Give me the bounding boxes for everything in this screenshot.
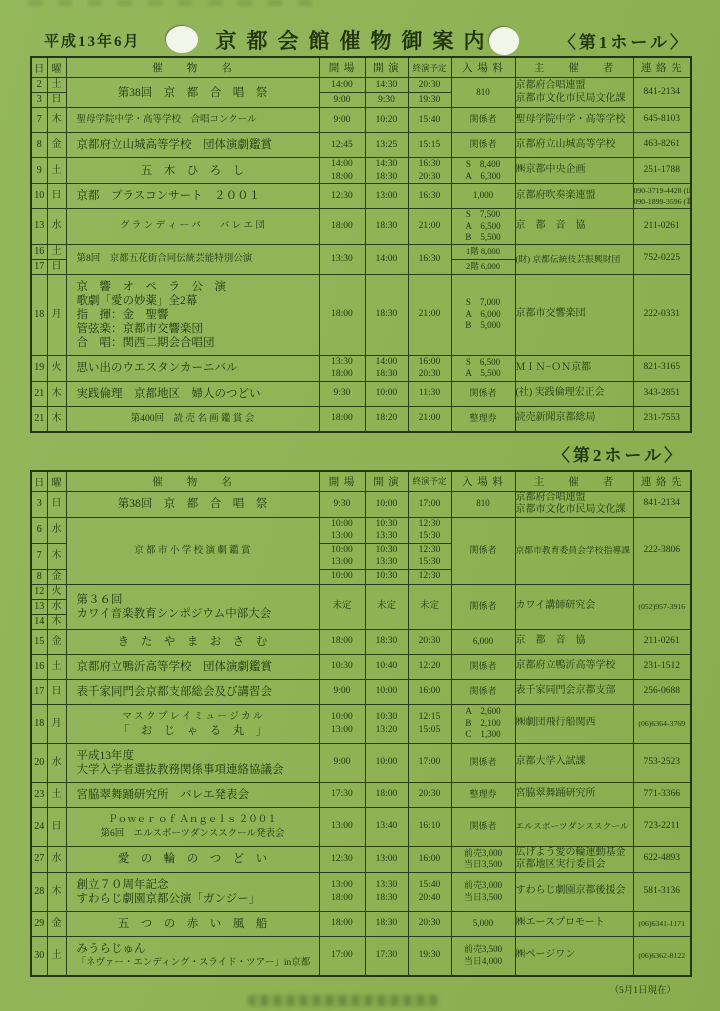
event-title-line: 指 揮：金 聖響 bbox=[77, 308, 317, 322]
day-number-cell: 18 bbox=[31, 274, 47, 355]
fee-cell: A 2,600B 2,100C 1,300 bbox=[451, 704, 515, 743]
fee-cell-line: 関係者 bbox=[452, 686, 515, 698]
fee-cell: 整理券 bbox=[451, 782, 515, 807]
open-time-cell: 18:00 bbox=[319, 629, 365, 654]
fee-cell: 810 bbox=[451, 491, 515, 517]
organizer-line: 京 都 音 協 bbox=[516, 635, 633, 648]
contact-cell: 645-8103 bbox=[633, 108, 691, 133]
event-title-line: 管弦楽：京都市交響楽団 bbox=[77, 322, 317, 336]
day-number-cell: 27 bbox=[31, 846, 47, 872]
contact-line: (052)957-3916 bbox=[634, 601, 691, 613]
fee-cell-line: B 5,500 bbox=[452, 232, 515, 244]
day-number-cell: 21 bbox=[31, 406, 47, 432]
weekday-cell: 水 bbox=[47, 846, 66, 872]
organizer-line: カワイ講師研究会 bbox=[516, 600, 633, 613]
event-title-cell: 京都府立山城高等学校 団体演劇鑑賞 bbox=[66, 133, 319, 158]
start-time-cell: 14:00 bbox=[365, 244, 408, 274]
organizer-cell: 読売新聞京都総局 bbox=[515, 406, 633, 432]
start-time-cell-line: 未定 bbox=[366, 600, 408, 613]
column-header-contact: 連 絡 先 bbox=[633, 57, 691, 78]
end-time-cell-line: 21:00 bbox=[409, 412, 451, 425]
event-title-line: 聖母学院中学・高等学校 合唱コンクール bbox=[77, 113, 317, 127]
day-number-cell: 7 bbox=[31, 543, 47, 569]
end-time-cell: 12:3015:30 bbox=[408, 517, 451, 543]
day-number-cell: 15 bbox=[31, 629, 47, 654]
end-time-cell-line: 12:30 bbox=[409, 570, 451, 583]
event-title-line: 京都 ブラスコンサート ２００１ bbox=[77, 189, 317, 203]
open-time-cell-line: 18:00 bbox=[320, 308, 365, 321]
end-time-cell: 17:00 bbox=[408, 743, 451, 782]
open-time-cell-line: 10:00 bbox=[320, 711, 365, 724]
open-time-cell-group: 13:30 bbox=[320, 251, 365, 268]
event-row: 8金京都府立山城高等学校 団体演劇鑑賞12:4513:2515:15関係者京都府… bbox=[31, 133, 691, 158]
open-time-cell: 9:30 bbox=[319, 381, 365, 406]
column-header-fee: 入 場 料 bbox=[451, 471, 515, 492]
fee-cell-line: B 2,100 bbox=[452, 718, 515, 730]
start-time-cell: 13:3018:30 bbox=[365, 872, 408, 911]
fee-cell: S 7,000A 6,000B 5,000 bbox=[451, 274, 515, 355]
organizer-cell: 宮脇翠舞踊研究所 bbox=[515, 782, 633, 807]
end-time-cell-line: 15:05 bbox=[409, 724, 451, 737]
contact-cell: 463-8261 bbox=[633, 133, 691, 158]
column-header-day: 日 bbox=[31, 471, 47, 492]
day-number-cell: 23 bbox=[31, 782, 47, 807]
weekday-cell: 火 bbox=[47, 355, 66, 381]
open-time-cell: 12:30 bbox=[319, 846, 365, 872]
end-time-cell: 15:4020:40 bbox=[408, 872, 451, 911]
tables-area: 日曜催 物 名開 場開 演終演予定入 場 料主 催 者連 絡 先2土第38回 京… bbox=[30, 56, 690, 996]
day-number-cell: 16 bbox=[31, 654, 47, 679]
event-title-line: 京都府立鴨沂高等学校 団体演劇鑑賞 bbox=[77, 660, 317, 674]
open-time-cell-line: 9:00 bbox=[320, 114, 365, 127]
contact-cell: 821-3165 bbox=[633, 355, 691, 381]
open-time-cell: 10:0013:00 bbox=[319, 704, 365, 743]
organizer-line: (社) 実践倫理宏正会 bbox=[516, 387, 633, 400]
event-row: 16土第8回 京都五花街合同伝統芸能特別公演13:3014:0016:301階 … bbox=[31, 244, 691, 259]
event-title-line: 第400回 読 売 名 画 鑑 賞 会 bbox=[69, 412, 317, 426]
day-number-cell: 14 bbox=[31, 614, 47, 629]
contact-line: (06)6362-8122 bbox=[634, 950, 691, 962]
organizer-cell: 京都府合唱連盟京都市文化市民局文化課 bbox=[515, 491, 633, 517]
fee-cell: 関係者 bbox=[451, 679, 515, 704]
event-title-cell: グ ラ ン デ ィ ー バ バ レ エ 団 bbox=[66, 209, 319, 245]
start-time-cell-line: 13:00 bbox=[366, 853, 408, 866]
weekday-cell: 土 bbox=[47, 244, 66, 259]
organizer-line: 広げよう愛の輪運動基金 bbox=[516, 847, 633, 860]
weekday-cell: 土 bbox=[47, 782, 66, 807]
open-time-cell-line: 12:30 bbox=[320, 853, 365, 866]
column-header-open: 開 場 bbox=[319, 57, 365, 78]
end-time-cell: 21:00 bbox=[408, 406, 451, 432]
event-row: 7木聖母学院中学・高等学校 合唱コンクール9:0010:2015:40関係者聖母… bbox=[31, 108, 691, 133]
fee-cell: 関係者 bbox=[451, 517, 515, 584]
events-table: 日曜催 物 名開 場開 演終演予定入 場 料主 催 者連 絡 先3日第38回 京… bbox=[30, 470, 692, 977]
organizer-line: ㈱劇団飛行船関西 bbox=[516, 717, 633, 730]
organizer-cell: 表千家同門会京都支部 bbox=[515, 679, 633, 704]
open-time-cell: 9:00 bbox=[319, 679, 365, 704]
start-time-cell: 18:30 bbox=[365, 911, 408, 936]
end-time-cell: 15:40 bbox=[408, 108, 451, 133]
end-time-cell: 16:00 bbox=[408, 679, 451, 704]
start-time-cell: 13:40 bbox=[365, 807, 408, 846]
open-time-cell-line: 13:00 bbox=[320, 820, 365, 833]
open-time-cell-line: 13:00 bbox=[320, 530, 365, 543]
organizer-cell: (財) 京都伝統伎芸振興財団 bbox=[515, 244, 633, 274]
fee-cell: 関係者 bbox=[451, 381, 515, 406]
organizer-cell: エルスポーツダンススクール bbox=[515, 807, 633, 846]
event-title-line: 第38回 京 都 合 唱 祭 bbox=[69, 497, 317, 511]
organizer-line: 京都市教育委員会学校指導課 bbox=[516, 544, 633, 557]
start-time-cell: 10:40 bbox=[365, 654, 408, 679]
contact-cell: 841-2134 bbox=[633, 491, 691, 517]
open-time-cell: 12:30 bbox=[319, 184, 365, 209]
weekday-cell: 日 bbox=[47, 679, 66, 704]
start-time-cell-line: 14:00 bbox=[366, 356, 408, 369]
start-time-cell-line: 13:40 bbox=[366, 820, 408, 833]
start-time-cell-line: 13:20 bbox=[366, 724, 408, 737]
contact-line: 752-0225 bbox=[634, 253, 691, 265]
organizer-line: 京都市文化市民局文化課 bbox=[516, 504, 633, 517]
open-time-cell: 17:00 bbox=[319, 936, 365, 976]
organizer-line: すわらじ劇園京都後援会 bbox=[516, 885, 633, 898]
column-header-day: 日 bbox=[31, 57, 47, 78]
fee-cell-line: 前売3,500 bbox=[452, 944, 515, 956]
open-time-cell-line: 10:30 bbox=[320, 660, 365, 673]
column-header-start: 開 演 bbox=[365, 471, 408, 492]
contact-line: 231-7553 bbox=[634, 413, 691, 425]
era-date: 平成13年6月 bbox=[30, 30, 200, 51]
event-title-line: Ｐｏｗｅｒ ｏｆ Ａｎｇｅｌｓ ２００１ bbox=[69, 813, 317, 827]
event-title-line: 歌劇「愛の妙薬」全2幕 bbox=[77, 294, 317, 308]
event-title-cell: 京 響 オ ペ ラ 公 演歌劇「愛の妙薬」全2幕指 揮：金 聖響管弦楽：京都市交… bbox=[66, 274, 319, 355]
organizer-line: 表千家同門会京都支部 bbox=[516, 685, 633, 698]
event-row: 23土宮脇翠舞踊研究所 バレエ発表会17:3018:0020:30整理券宮脇翠舞… bbox=[31, 782, 691, 807]
fee-cell-line: 整理券 bbox=[452, 789, 515, 801]
open-time-cell-line: 13:30 bbox=[320, 356, 365, 369]
fee-cell-line: 当日3,500 bbox=[452, 892, 515, 904]
fee-cell-line: 1階 8,000 bbox=[452, 246, 515, 258]
contact-cell: 723-2211 bbox=[633, 807, 691, 846]
fee-cell-line: 関係者 bbox=[452, 601, 515, 613]
start-time-cell-line: 18:30 bbox=[366, 171, 408, 184]
event-row: 29金五 つ の 赤 い 風 船18:0018:3020:305,000㈱エース… bbox=[31, 911, 691, 936]
contact-line: 821-3165 bbox=[634, 362, 691, 374]
open-time-cell-line: 9:30 bbox=[320, 387, 365, 400]
fee-cell-line: S 7,000 bbox=[452, 297, 515, 309]
event-row: 15金き た や ま お さ む18:0018:3020:306,000京 都 … bbox=[31, 629, 691, 654]
contact-cell: (06)6341-1171 bbox=[633, 911, 691, 936]
start-time-cell-line: 9:30 bbox=[366, 94, 408, 107]
event-title-line: みうらじゅん bbox=[77, 942, 317, 956]
organizer-cell: 京都府立山城高等学校 bbox=[515, 133, 633, 158]
event-title-cell: 京 都 市 小 学 校 演 劇 鑑 賞 bbox=[66, 517, 319, 584]
organizer-cell: 京 都 音 協 bbox=[515, 209, 633, 245]
open-time-cell-group: 未定 bbox=[320, 598, 365, 615]
end-time-cell-line: 15:40 bbox=[409, 879, 451, 892]
weekday-cell: 木 bbox=[47, 381, 66, 406]
contact-line: 222-0331 bbox=[634, 309, 691, 321]
open-time-cell: 9:30 bbox=[319, 491, 365, 517]
fee-cell-line: 関係者 bbox=[452, 114, 515, 126]
open-time-cell-line: 14:00 bbox=[320, 158, 365, 171]
event-title-cell: 第38回 京 都 合 唱 祭 bbox=[66, 491, 319, 517]
fee-cell: 関係者 bbox=[451, 108, 515, 133]
open-time-cell: 14:0018:00 bbox=[319, 158, 365, 184]
end-time-cell: 未定 bbox=[408, 584, 451, 629]
fee-cell: 整理券 bbox=[451, 406, 515, 432]
start-time-cell-line: 10:30 bbox=[366, 570, 408, 583]
start-time-cell-line: 10:00 bbox=[366, 498, 408, 511]
event-title-cell: 表千家同門会京都支部総会及び講習会 bbox=[66, 679, 319, 704]
end-time-cell: 11:30 bbox=[408, 381, 451, 406]
event-title-cell: 京都府立鴨沂高等学校 団体演劇鑑賞 bbox=[66, 654, 319, 679]
contact-cell: 231-1512 bbox=[633, 654, 691, 679]
contact-line: 841-2134 bbox=[634, 498, 691, 510]
weekday-cell: 金 bbox=[47, 133, 66, 158]
organizer-cell: カワイ講師研究会 bbox=[515, 584, 633, 629]
start-time-cell: 18:30 bbox=[365, 629, 408, 654]
weekday-cell: 土 bbox=[47, 158, 66, 184]
start-time-cell-line: 10:00 bbox=[366, 387, 408, 400]
fee-cell-line: 810 bbox=[452, 498, 515, 510]
event-title-line: 五 つ の 赤 い 風 船 bbox=[69, 917, 317, 931]
fee-cell-line: S 8,400 bbox=[452, 159, 515, 171]
end-time-cell-line: 20:30 bbox=[409, 635, 451, 648]
weekday-cell: 木 bbox=[47, 108, 66, 133]
column-header-open: 開 場 bbox=[319, 471, 365, 492]
contact-line: 753-2523 bbox=[634, 757, 691, 769]
weekday-cell: 木 bbox=[47, 872, 66, 911]
event-title-line: カワイ音楽教育シンポジウム中部大会 bbox=[77, 607, 317, 621]
open-time-cell-line: 10:00 bbox=[320, 544, 365, 557]
hall-1-label: 〈第1ホール〉 bbox=[510, 28, 690, 53]
event-title-line: 第8回 京都五花街合同伝統芸能特別公演 bbox=[77, 252, 317, 266]
open-time-cell-line: 9:00 bbox=[320, 685, 365, 698]
organizer-line: 京 都 音 協 bbox=[516, 220, 633, 233]
start-time-cell-line: 18:30 bbox=[366, 308, 408, 321]
end-time-cell-line: 20:30 bbox=[409, 788, 451, 801]
event-title-line: グ ラ ン デ ィ ー バ バ レ エ 団 bbox=[69, 219, 317, 233]
fee-cell-line: 関係者 bbox=[452, 139, 515, 151]
contact-line: 841-2134 bbox=[634, 87, 691, 99]
start-time-cell: 10:00 bbox=[365, 381, 408, 406]
start-time-cell-line: 10:40 bbox=[366, 660, 408, 673]
end-time-cell-line: 20:30 bbox=[409, 917, 451, 930]
event-row: 28木創立７０周年記念すわらじ劇園京都公演「ガンジー」13:0018:0013:… bbox=[31, 872, 691, 911]
contact-cell: 251-1788 bbox=[633, 158, 691, 184]
column-header-end: 終演予定 bbox=[408, 57, 451, 78]
end-time-cell: 12:1515:05 bbox=[408, 704, 451, 743]
end-time-cell-line: 15:40 bbox=[409, 114, 451, 127]
organizer-cell: 京都大学入試課 bbox=[515, 743, 633, 782]
start-time-cell: 未定 bbox=[365, 584, 408, 629]
open-time-cell-line: 17:00 bbox=[320, 949, 365, 962]
open-time-cell-line: 10:00 bbox=[320, 518, 365, 531]
fee-cell: S 6,500A 5,500 bbox=[451, 355, 515, 381]
start-time-cell: 18:30 bbox=[365, 274, 408, 355]
fee-cell-line: 当日4,000 bbox=[452, 956, 515, 968]
contact-cell: 752-0225 bbox=[633, 244, 691, 274]
day-number-cell: 7 bbox=[31, 108, 47, 133]
organizer-cell: 広げよう愛の輪運動基金京都地区実行委員会 bbox=[515, 846, 633, 872]
start-time-cell-line: 13:30 bbox=[366, 530, 408, 543]
contact-line: (06)6341-1171 bbox=[634, 918, 691, 930]
organizer-cell: 京都府立鴨沂高等学校 bbox=[515, 654, 633, 679]
hall-2-label: 〈第2ホール〉 bbox=[30, 433, 690, 470]
organizer-cell: ＭＩＮ−ＯＮ京都 bbox=[515, 355, 633, 381]
open-time-cell-line: 9:00 bbox=[320, 756, 365, 769]
fee-cell-line: 1,000 bbox=[452, 190, 515, 202]
event-title-cell: みうらじゅん「ネヴァー・エンディング・スライド・ツアー」in京都 bbox=[66, 936, 319, 976]
end-time-cell-line: 21:00 bbox=[409, 220, 451, 233]
end-time-cell: 12:20 bbox=[408, 654, 451, 679]
fee-cell: 前売3,000当日3,500 bbox=[451, 872, 515, 911]
column-header-fee: 入 場 料 bbox=[451, 57, 515, 78]
open-time-cell: 12:45 bbox=[319, 133, 365, 158]
event-row: 24日Ｐｏｗｅｒ ｏｆ Ａｎｇｅｌｓ ２００１第6回 エルスポーツダンススクール… bbox=[31, 807, 691, 846]
end-time-cell: 16:30 bbox=[408, 184, 451, 209]
contact-line: 251-1788 bbox=[634, 165, 691, 177]
contact-line: 645-8103 bbox=[634, 114, 691, 126]
events-table: 日曜催 物 名開 場開 演終演予定入 場 料主 催 者連 絡 先2土第38回 京… bbox=[30, 56, 692, 433]
weekday-cell: 日 bbox=[47, 184, 66, 209]
event-row: 9土五 木 ひ ろ し14:0018:0014:3018:3016:3020:3… bbox=[31, 158, 691, 184]
fee-cell: 関係者 bbox=[451, 654, 515, 679]
column-header-contact: 連 絡 先 bbox=[633, 471, 691, 492]
organizer-line: 宮脇翠舞踊研究所 bbox=[516, 788, 633, 801]
organizer-line: ㈱京都中央企画 bbox=[516, 164, 633, 177]
event-title-cell: 五 木 ひ ろ し bbox=[66, 158, 319, 184]
start-time-cell-line: 13:25 bbox=[366, 139, 408, 152]
start-time-cell-line: 13:00 bbox=[366, 190, 408, 203]
end-time-cell-line: 16:10 bbox=[409, 820, 451, 833]
contact-line: 090-1899-3596 (葛城) bbox=[634, 196, 691, 208]
start-time-cell-line: 14:00 bbox=[366, 253, 408, 266]
organizer-line: 京都市交響楽団 bbox=[516, 308, 633, 321]
column-header-event: 催 物 名 bbox=[66, 471, 319, 492]
end-time-cell-line: 12:15 bbox=[409, 711, 451, 724]
open-time-cell-line: 18:00 bbox=[320, 368, 365, 381]
end-time-cell: 21:00 bbox=[408, 209, 451, 245]
open-time-cell-line: 18:00 bbox=[320, 917, 365, 930]
open-time-cell-line: 13:00 bbox=[320, 724, 365, 737]
open-time-cell: 13:00 bbox=[319, 807, 365, 846]
organizer-cell: ㈱エースプロモート bbox=[515, 911, 633, 936]
fee-cell-line: S 6,500 bbox=[452, 357, 515, 369]
column-header-start: 開 演 bbox=[365, 57, 408, 78]
start-time-cell-line: 13:30 bbox=[366, 556, 408, 569]
organizer-line: 京都府立山城高等学校 bbox=[516, 139, 633, 152]
weekday-cell: 木 bbox=[47, 543, 66, 569]
contact-line: 231-1512 bbox=[634, 661, 691, 673]
start-time-cell: 18:30 bbox=[365, 209, 408, 245]
organizer-cell: 京都府合唱連盟京都市文化市民局文化課 bbox=[515, 78, 633, 108]
end-time-cell-line: 19:30 bbox=[409, 94, 451, 107]
start-time-cell: 10:3013:20 bbox=[365, 704, 408, 743]
open-time-cell-line: 14:00 bbox=[320, 79, 365, 92]
footer-note: （5月1日現在） bbox=[30, 977, 690, 996]
fee-cell-line: B 5,000 bbox=[452, 320, 515, 332]
organizer-line: ㈱ページワン bbox=[516, 949, 633, 962]
fee-cell-group: 810 bbox=[452, 85, 515, 101]
contact-line: (06)6364-3769 bbox=[634, 718, 691, 730]
open-time-cell-line: 10:00 bbox=[320, 570, 365, 583]
day-number-cell: 24 bbox=[31, 807, 47, 846]
event-title-line: マ ス ク プ レ イ ミ ュ ー ジ カ ル bbox=[69, 710, 317, 724]
start-time-cell-line: 10:20 bbox=[366, 114, 408, 127]
event-row: 19火思い出のウエスタンカーニバル13:3018:0014:0018:3016:… bbox=[31, 355, 691, 381]
open-time-cell: 10:0013:00 bbox=[319, 543, 365, 569]
open-time-cell-line: 13:00 bbox=[320, 879, 365, 892]
organizer-line: 読売新聞京都総局 bbox=[516, 412, 633, 425]
scan-edge-noise bbox=[28, 0, 328, 6]
open-time-cell: 10:0013:00 bbox=[319, 517, 365, 543]
fee-cell-line: 前売3,000 bbox=[452, 848, 515, 860]
day-number-cell: 29 bbox=[31, 911, 47, 936]
start-time-cell: 9:30 bbox=[365, 93, 408, 108]
start-time-cell-group: 14:00 bbox=[366, 251, 408, 268]
event-title-line: 愛 の 輪 の つ ど い bbox=[69, 852, 317, 866]
start-time-cell-line: 10:00 bbox=[366, 685, 408, 698]
organizer-line: ㈱エースプロモート bbox=[516, 917, 633, 930]
organizer-cell: (社) 実践倫理宏正会 bbox=[515, 381, 633, 406]
fee-cell: 1,000 bbox=[451, 184, 515, 209]
organizer-line: 京都府合唱連盟 bbox=[516, 492, 633, 505]
weekday-cell: 日 bbox=[47, 259, 66, 274]
day-number-cell: 17 bbox=[31, 679, 47, 704]
day-number-cell: 12 bbox=[31, 584, 47, 599]
column-header-weekday: 曜 bbox=[47, 471, 66, 492]
organizer-line: 京都市文化市民局文化課 bbox=[516, 93, 633, 106]
open-time-cell: 13:30 bbox=[319, 244, 365, 274]
event-title-line: き た や ま お さ む bbox=[69, 635, 317, 649]
end-time-cell: 17:00 bbox=[408, 491, 451, 517]
fee-cell-line: 前売3,000 bbox=[452, 880, 515, 892]
contact-line: 222-3806 bbox=[634, 545, 691, 557]
contact-line: 256-0688 bbox=[634, 686, 691, 698]
start-time-cell-line: 18:20 bbox=[366, 412, 408, 425]
fee-cell-line: A 6,300 bbox=[452, 171, 515, 183]
end-time-cell-line: 16:30 bbox=[409, 158, 451, 171]
fee-cell: 810 bbox=[451, 78, 515, 108]
event-title-cell: 愛 の 輪 の つ ど い bbox=[66, 846, 319, 872]
organizer-cell: 聖母学院中学・高等学校 bbox=[515, 108, 633, 133]
open-time-cell-line: 18:00 bbox=[320, 171, 365, 184]
weekday-cell: 木 bbox=[47, 614, 66, 629]
fee-cell-line: 当日3,500 bbox=[452, 859, 515, 871]
contact-cell: 753-2523 bbox=[633, 743, 691, 782]
day-number-cell: 10 bbox=[31, 184, 47, 209]
fee-cell-line: 関係者 bbox=[452, 661, 515, 673]
end-time-cell: 15:15 bbox=[408, 133, 451, 158]
organizer-line: 京都大学入試課 bbox=[516, 756, 633, 769]
start-time-cell-line: 18:30 bbox=[366, 892, 408, 905]
end-time-cell: 20:30 bbox=[408, 911, 451, 936]
fee-cell-line: 整理券 bbox=[452, 413, 515, 425]
event-title-line: 「 お じ ゃ る 丸 」 bbox=[69, 724, 317, 738]
open-time-cell: 9:00 bbox=[319, 743, 365, 782]
end-time-cell: 20:30 bbox=[408, 78, 451, 93]
event-title-line: 表千家同門会京都支部総会及び講習会 bbox=[77, 685, 317, 699]
event-title-line: 宮脇翠舞踊研究所 バレエ発表会 bbox=[77, 788, 317, 802]
fee-cell: 2階 6,000 bbox=[451, 259, 515, 274]
organizer-line: 聖母学院中学・高等学校 bbox=[516, 114, 633, 127]
end-time-cell-line: 15:30 bbox=[409, 556, 451, 569]
event-title-cell: 宮脇翠舞踊研究所 バレエ発表会 bbox=[66, 782, 319, 807]
start-time-cell: 14:30 bbox=[365, 78, 408, 93]
organizer-line: 京都府合唱連盟 bbox=[516, 80, 633, 93]
start-time-cell-line: 10:30 bbox=[366, 711, 408, 724]
